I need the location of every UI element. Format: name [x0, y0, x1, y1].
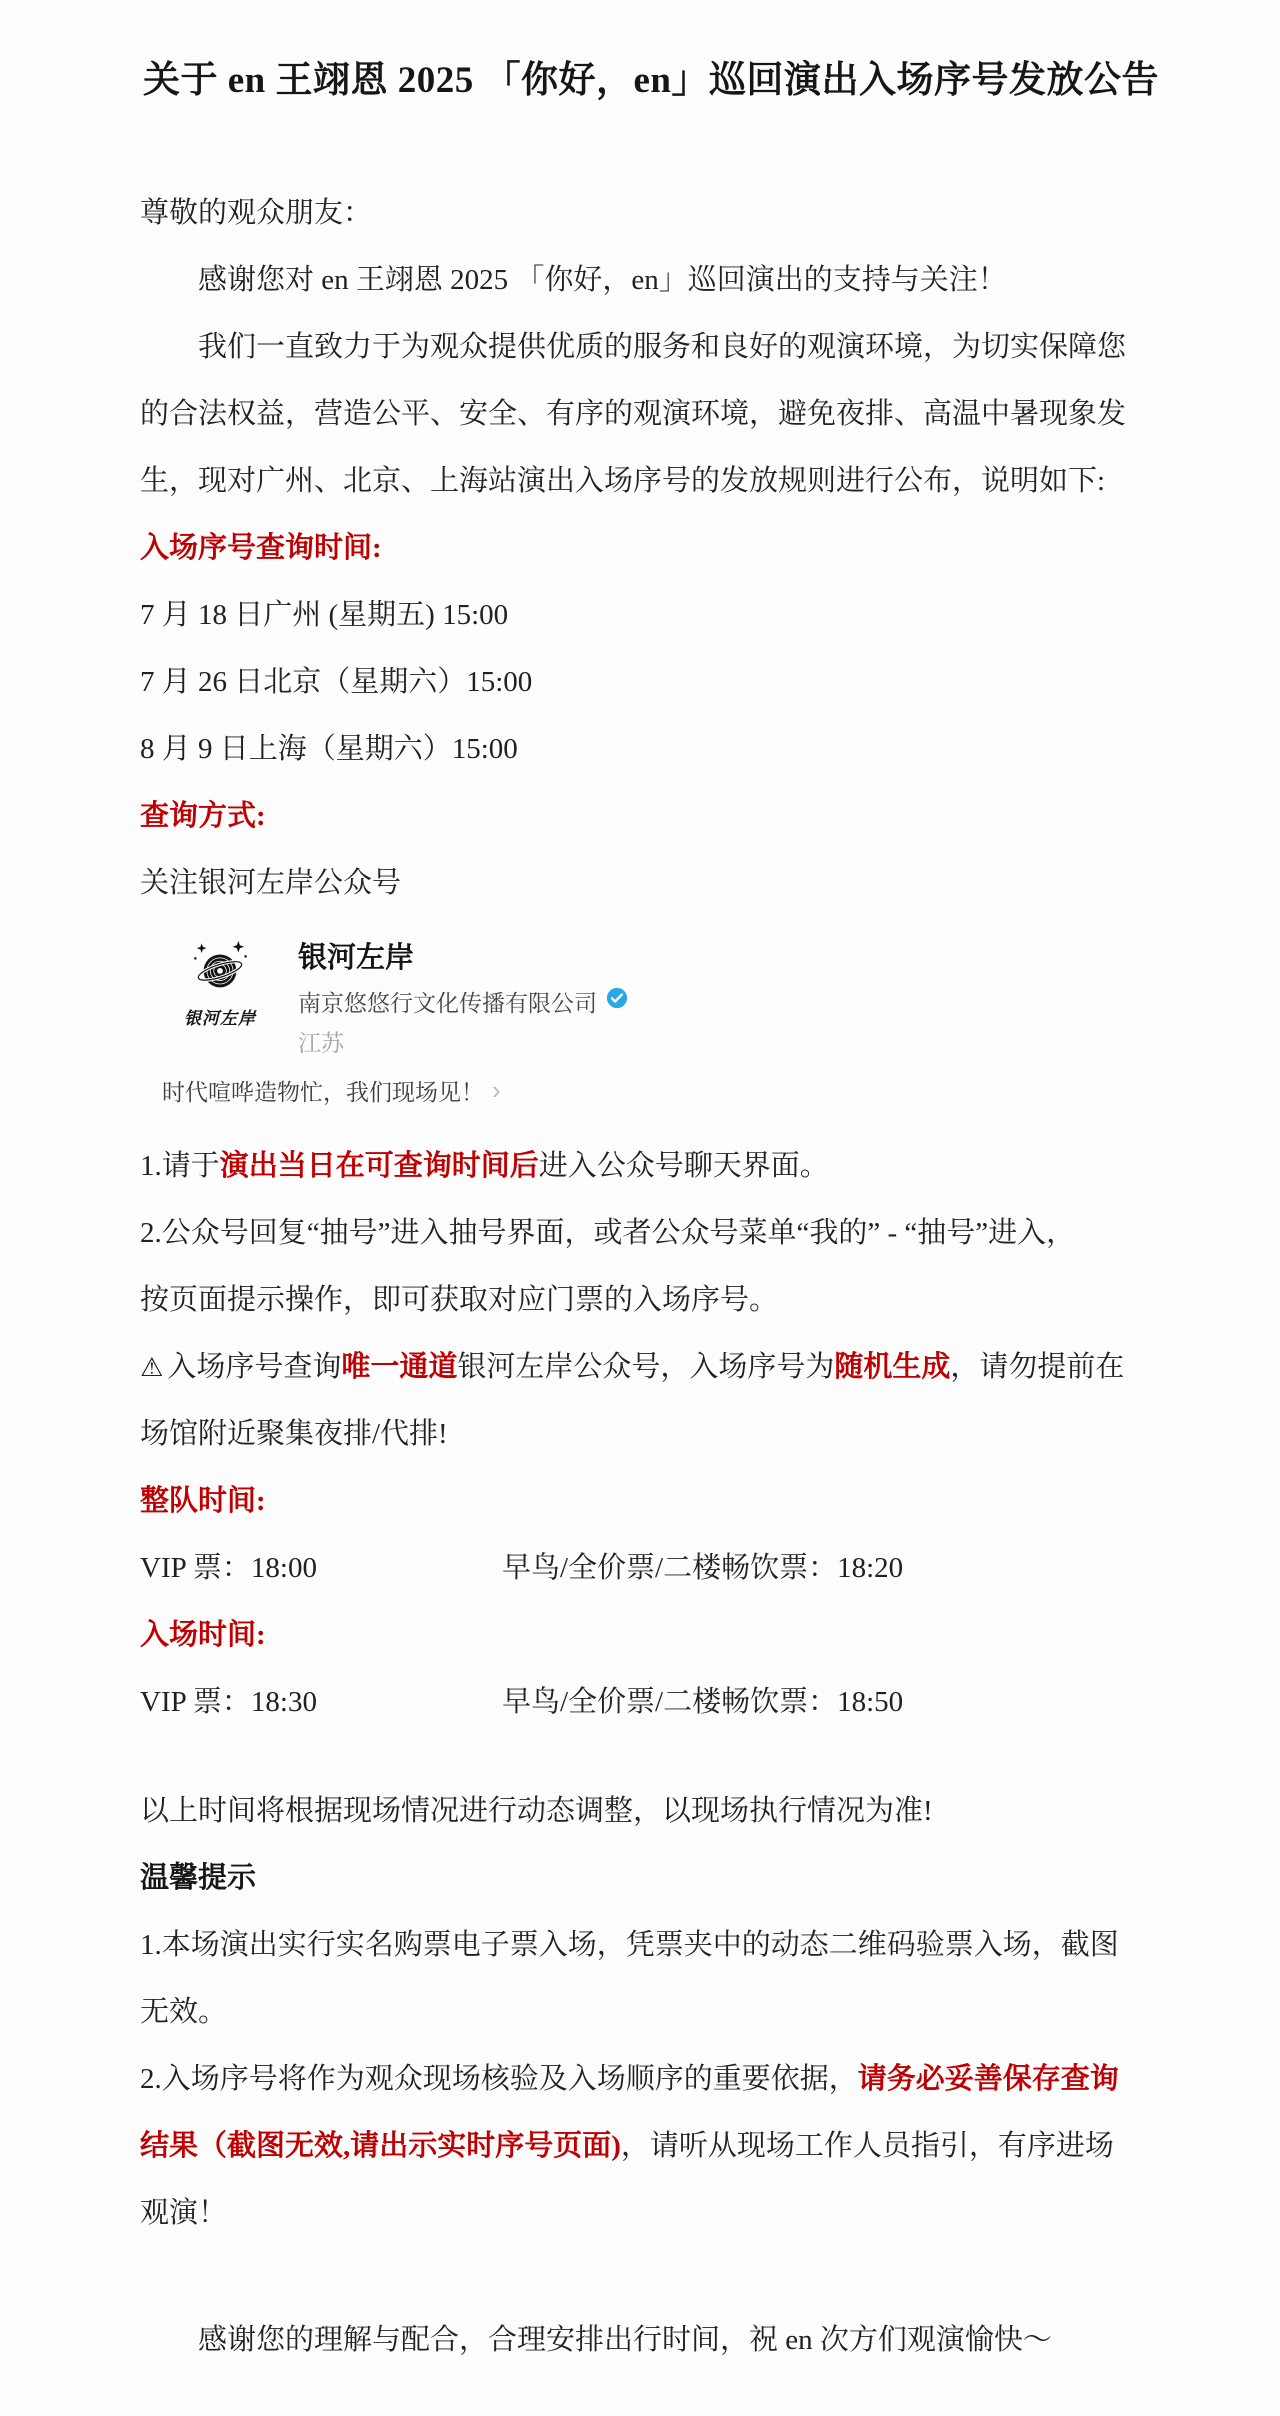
chevron-right-icon: › [492, 1077, 501, 1103]
official-account-card[interactable]: 银河左岸 银河左岸 南京悠悠行文化传播有限公司 江苏 [170, 939, 1162, 1058]
heading-tips: 温馨提示 [140, 1845, 1162, 1912]
step-1-highlight: 演出当日在可查询时间后 [220, 1150, 539, 1182]
page-title: 关于 en 王翊恩 2025 「你好，en」巡回演出入场序号发放公告 [140, 0, 1162, 106]
verified-badge-icon [606, 987, 628, 1015]
entry-times-row: VIP 票：18:30早鸟/全价票/二楼畅饮票：18:50 [140, 1669, 1162, 1736]
warning-highlight-2: 随机生成 [834, 1351, 950, 1383]
tip-2-highlight-1: 请务必妥善保存查询 [858, 2063, 1119, 2095]
entry-vip-time: VIP 票：18:30 [140, 1669, 502, 1736]
paragraph-intro-3: 生，现对广州、北京、上海站演出入场序号的发放规则进行公布，说明如下: [140, 448, 1162, 515]
heading-query-time: 入场序号查询时间: [140, 515, 1162, 582]
account-company: 南京悠悠行文化传播有限公司 [298, 985, 597, 1018]
heading-entry-time: 入场时间: [140, 1602, 1162, 1669]
tip-2-line-2: 结果（截图无效,请出示实时序号页面)，请听从现场工作人员指引，有序进场 [140, 2113, 1162, 2180]
tip-2-pre: 2.入场序号将作为观众现场核验及入场顺序的重要依据， [140, 2063, 858, 2095]
lineup-vip-time: VIP 票：18:00 [140, 1535, 502, 1602]
closing-line: 感谢您的理解与配合，合理安排出行时间，祝 en 次方们观演愉快～ [140, 2307, 1162, 2374]
account-logo-caption: 银河左岸 [170, 1004, 270, 1029]
tip-2-line-1: 2.入场序号将作为观众现场核验及入场顺序的重要依据，请务必妥善保存查询 [140, 2046, 1162, 2113]
step-1: 1.请于演出当日在可查询时间后进入公众号聊天界面。 [140, 1133, 1162, 1200]
tip-2-highlight-2: 结果（截图无效,请出示实时序号页面) [140, 2130, 621, 2162]
warning-line-2: 场馆附近聚集夜排/代排! [140, 1401, 1162, 1468]
announcement-document: 关于 en 王翊恩 2025 「你好，en」巡回演出入场序号发放公告 尊敬的观众… [0, 0, 1280, 2374]
account-tagline-link[interactable]: 时代喧哗造物忙，我们现场见！ › [162, 1074, 1162, 1107]
step-2-line-2: 按页面提示操作，即可获取对应门票的入场序号。 [140, 1267, 1162, 1334]
paragraph-intro-1: 我们一直致力于为观众提供优质的服务和良好的观演环境，为切实保障您 [140, 314, 1162, 381]
account-name: 银河左岸 [298, 941, 628, 976]
step-2-line-1: 2.公众号回复“抽号”进入抽号界面，或者公众号菜单“我的” - “抽号”进入， [140, 1200, 1162, 1267]
warning-highlight-1: 唯一通道 [341, 1351, 457, 1383]
spacer [140, 1736, 1162, 1778]
spacer [140, 2247, 1162, 2307]
schedule-guangzhou: 7 月 18 日广州 (星期五) 15:00 [140, 582, 1162, 649]
heading-query-method: 查询方式: [140, 783, 1162, 850]
tip-1-line-1: 1.本场演出实行实名购票电子票入场，凭票夹中的动态二维码验票入场，截图 [140, 1912, 1162, 1979]
follow-instruction: 关注银河左岸公众号 [140, 850, 1162, 917]
paragraph-intro-2: 的合法权益，营造公平、安全、有序的观演环境，避免夜排、高温中暑现象发 [140, 381, 1162, 448]
tip-2-line-3: 观演！ [140, 2180, 1162, 2247]
step-1-pre: 1.请于 [140, 1150, 220, 1182]
warning-post: ，请勿提前在 [950, 1351, 1124, 1383]
spacer [140, 106, 1162, 180]
warning-line-1: ⚠入场序号查询唯一通道银河左岸公众号，入场序号为随机生成，请勿提前在 [140, 1334, 1162, 1401]
paragraph-thanks: 感谢您对 en 王翊恩 2025 「你好，en」巡回演出的支持与关注！ [140, 247, 1162, 314]
account-tagline: 时代喧哗造物忙，我们现场见！ [162, 1074, 484, 1107]
step-1-post: 进入公众号聊天界面。 [539, 1150, 829, 1182]
account-company-row: 南京悠悠行文化传播有限公司 [298, 985, 628, 1018]
account-avatar: 银河左岸 [170, 939, 270, 1029]
lineup-regular-time: 早鸟/全价票/二楼畅饮票：18:20 [502, 1552, 903, 1584]
warning-icon: ⚠ [140, 1353, 163, 1383]
tip-1-line-2: 无效。 [140, 1979, 1162, 2046]
tip-2-post: ，请听从现场工作人员指引，有序进场 [621, 2130, 1114, 2162]
schedule-beijing: 7 月 26 日北京（星期六）15:00 [140, 649, 1162, 716]
account-region: 江苏 [298, 1025, 628, 1058]
lineup-times-row: VIP 票：18:00早鸟/全价票/二楼畅饮票：18:20 [140, 1535, 1162, 1602]
galaxy-record-logo-icon [191, 984, 249, 1001]
note-adjustment: 以上时间将根据现场情况进行动态调整，以现场执行情况为准! [140, 1778, 1162, 1845]
warning-mid: 银河左岸公众号，入场序号为 [457, 1351, 834, 1383]
heading-lineup-time: 整队时间: [140, 1468, 1162, 1535]
warning-pre: 入场序号查询 [167, 1351, 341, 1383]
entry-regular-time: 早鸟/全价票/二楼畅饮票：18:50 [502, 1686, 903, 1718]
schedule-shanghai: 8 月 9 日上海（星期六）15:00 [140, 716, 1162, 783]
salutation: 尊敬的观众朋友： [140, 180, 1162, 247]
account-info: 银河左岸 南京悠悠行文化传播有限公司 江苏 [298, 939, 628, 1058]
